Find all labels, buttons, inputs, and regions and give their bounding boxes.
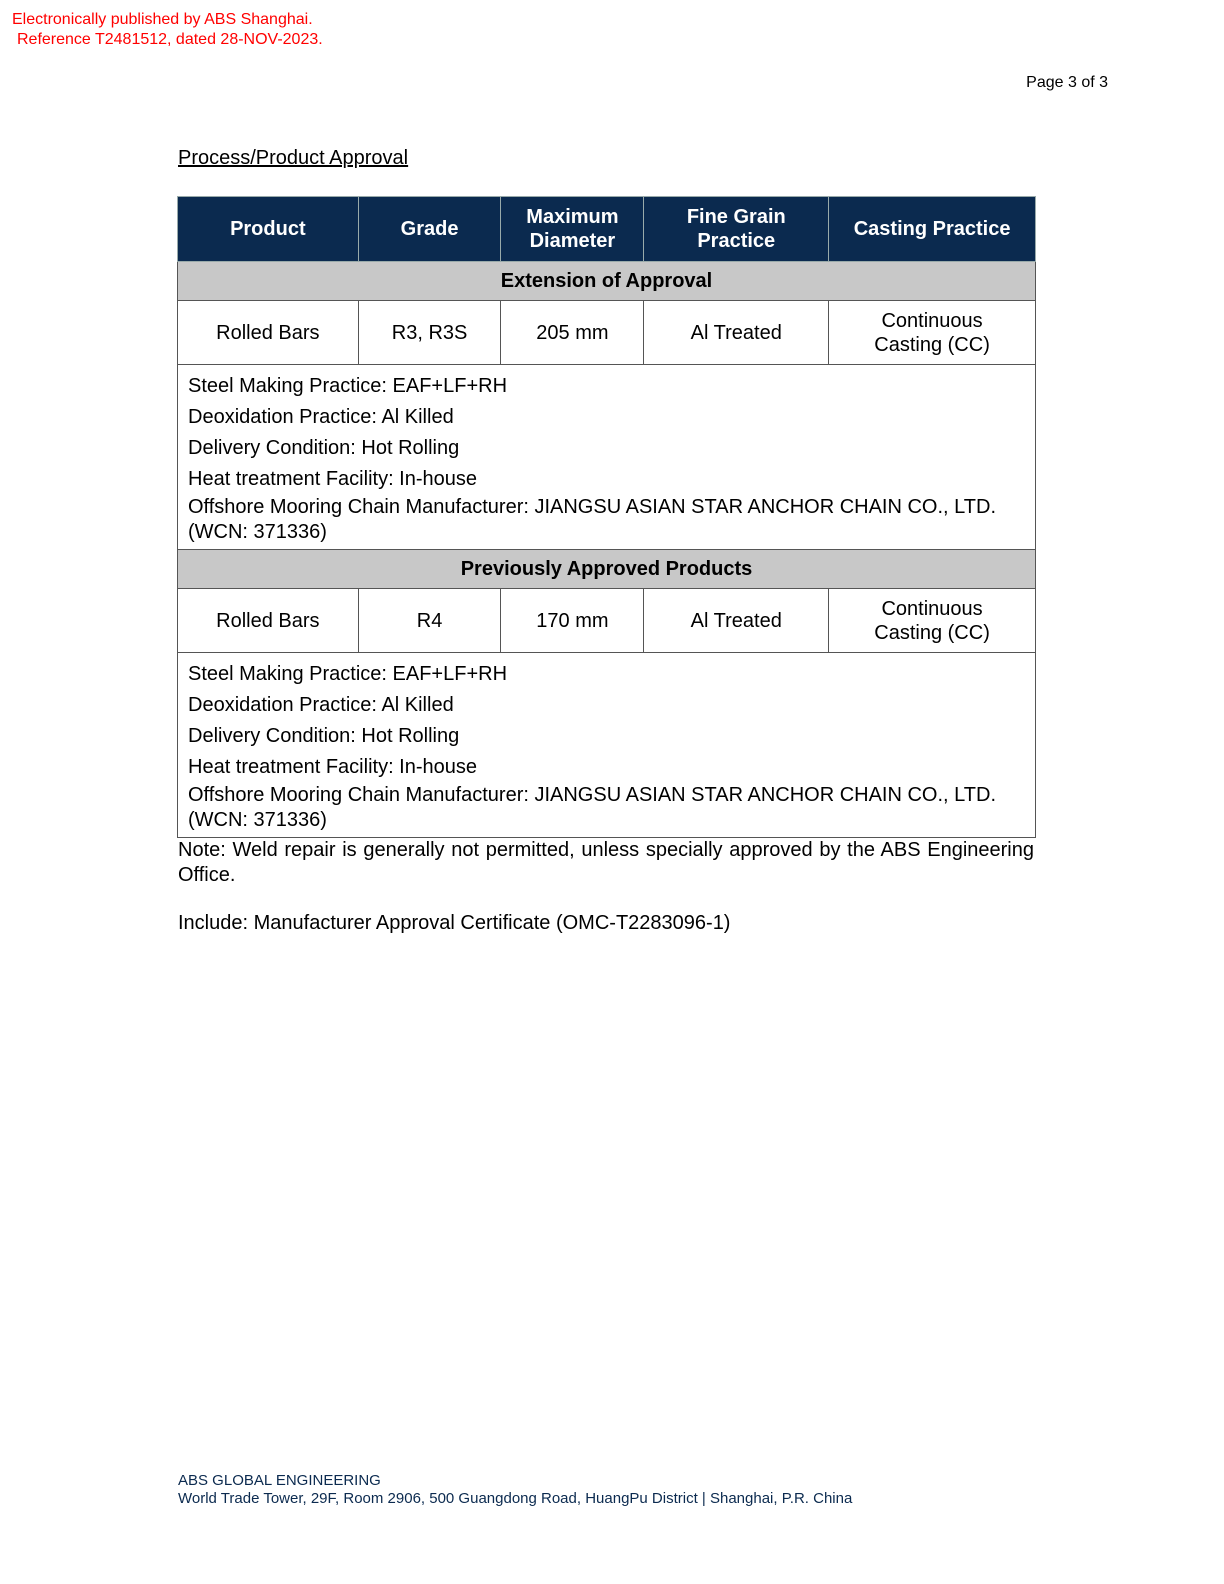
cell-fine-grain: Al Treated [644,301,829,365]
cell-fine-grain: Al Treated [644,589,829,653]
stamp-line-1: Electronically published by ABS Shanghai… [12,10,323,30]
header-max-diameter: Maximum Diameter [501,197,644,262]
cell-product: Rolled Bars [178,589,359,653]
cell-casting: Continuous Casting (CC) [829,301,1036,365]
details-row: Steel Making Practice: EAF+LF+RH Deoxida… [178,365,1036,550]
publication-stamp: Electronically published by ABS Shanghai… [12,10,323,50]
band-label: Previously Approved Products [178,550,1036,589]
approval-table: Product Grade Maximum Diameter Fine Grai… [177,196,1036,838]
footer-org: ABS GLOBAL ENGINEERING [178,1472,852,1490]
detail-line: Offshore Mooring Chain Manufacturer: JIA… [188,495,1025,545]
detail-line: Heat treatment Facility: In-house [188,464,1025,495]
footer-address: World Trade Tower, 29F, Room 2906, 500 G… [178,1490,852,1508]
header-grade: Grade [358,197,501,262]
section-band: Previously Approved Products [178,550,1036,589]
weld-repair-note: Note: Weld repair is generally not permi… [178,838,1034,888]
section-band: Extension of Approval [178,262,1036,301]
page-number: Page 3 of 3 [1026,74,1108,92]
cell-grade: R3, R3S [358,301,501,365]
detail-line: Deoxidation Practice: Al Killed [188,402,1025,433]
cell-max-diameter: 205 mm [501,301,644,365]
stamp-line-2: Reference T2481512, dated 28-NOV-2023. [12,30,323,50]
detail-line: Delivery Condition: Hot Rolling [188,433,1025,464]
band-label: Extension of Approval [178,262,1036,301]
cell-grade: R4 [358,589,501,653]
details-cell: Steel Making Practice: EAF+LF+RH Deoxida… [178,365,1036,550]
table-header-row: Product Grade Maximum Diameter Fine Grai… [178,197,1036,262]
cell-product: Rolled Bars [178,301,359,365]
header-casting-practice: Casting Practice [829,197,1036,262]
include-certificate: Include: Manufacturer Approval Certifica… [178,912,730,935]
detail-line: Deoxidation Practice: Al Killed [188,690,1025,721]
section-title: Process/Product Approval [178,147,408,170]
header-product: Product [178,197,359,262]
detail-line: Heat treatment Facility: In-house [188,752,1025,783]
details-cell: Steel Making Practice: EAF+LF+RH Deoxida… [178,653,1036,838]
detail-line: Steel Making Practice: EAF+LF+RH [188,371,1025,402]
detail-line: Delivery Condition: Hot Rolling [188,721,1025,752]
details-row: Steel Making Practice: EAF+LF+RH Deoxida… [178,653,1036,838]
table-row: Rolled Bars R4 170 mm Al Treated Continu… [178,589,1036,653]
detail-line: Steel Making Practice: EAF+LF+RH [188,659,1025,690]
cell-max-diameter: 170 mm [501,589,644,653]
cell-casting: Continuous Casting (CC) [829,589,1036,653]
detail-line: Offshore Mooring Chain Manufacturer: JIA… [188,783,1025,833]
header-fine-grain: Fine Grain Practice [644,197,829,262]
table-row: Rolled Bars R3, R3S 205 mm Al Treated Co… [178,301,1036,365]
footer: ABS GLOBAL ENGINEERING World Trade Tower… [178,1472,852,1508]
